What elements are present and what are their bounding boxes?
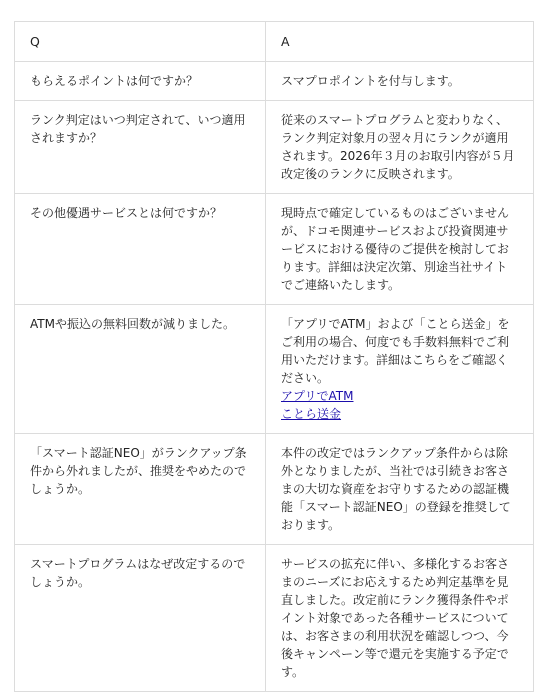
answer-cell: スマプロポイントを付与します。 xyxy=(266,62,534,101)
table-row: その他優遇サービスとは何ですか？ 現時点で確定しているものはございませんが、ドコ… xyxy=(15,194,534,305)
question-cell: 「スマート認証NEO」がランクアップ条件から外れましたが、推奨をやめたのでしょう… xyxy=(15,434,266,545)
header-q: Q xyxy=(15,22,266,62)
table-row: 「スマート認証NEO」がランクアップ条件から外れましたが、推奨をやめたのでしょう… xyxy=(15,434,534,545)
answer-cell: 「アプリでATM」および「ことら送金」をご利用の場合、何度でも手数料無料でご利用… xyxy=(266,305,534,434)
faq-table: Q A もらえるポイントは何ですか？ スマプロポイントを付与します。 ランク判定… xyxy=(14,21,534,640)
answer-text: 「アプリでATM」および「ことら送金」をご利用の場合、何度でも手数料無料でご利用… xyxy=(281,317,509,385)
link-kotora-transfer[interactable]: ことら送金 xyxy=(281,405,519,423)
question-cell: その他優遇サービスとは何ですか？ xyxy=(15,194,266,305)
table-row: もらえるポイントは何ですか？ スマプロポイントを付与します。 xyxy=(15,62,534,101)
answer-cell: 本件の改定ではランクアップ条件からは除外となりましたが、当社では引続きお客さまの… xyxy=(266,434,534,545)
question-cell: スマートプログラムはなぜ改定するのでしょうか。 xyxy=(15,545,266,641)
question-cell: もらえるポイントは何ですか？ xyxy=(15,62,266,101)
link-app-atm[interactable]: アプリでATM xyxy=(281,387,519,405)
question-cell: ランク判定はいつ判定されて、いつ適用されますか？ xyxy=(15,101,266,194)
question-cell: ATMや振込の無料回数が減りました。 xyxy=(15,305,266,434)
table-header-row: Q A xyxy=(15,22,534,62)
table-row: ATMや振込の無料回数が減りました。 「アプリでATM」および「ことら送金」をご… xyxy=(15,305,534,434)
table-row: ランク判定はいつ判定されて、いつ適用されますか？ 従来のスマートプログラムと変わ… xyxy=(15,101,534,194)
header-a: A xyxy=(266,22,534,62)
answer-cell: 現時点で確定しているものはございませんが、ドコモ関連サービスおよび投資関連サービ… xyxy=(266,194,534,305)
answer-cell: サービスの拡充に伴い、多様化するお客さまのニーズにお応えするため判定基準を見直し… xyxy=(266,545,534,641)
answer-cell: 従来のスマートプログラムと変わりなく、ランク判定対象月の翌々月にランクが適用され… xyxy=(266,101,534,194)
table-row: スマートプログラムはなぜ改定するのでしょうか。 サービスの拡充に伴い、多様化する… xyxy=(15,545,534,641)
